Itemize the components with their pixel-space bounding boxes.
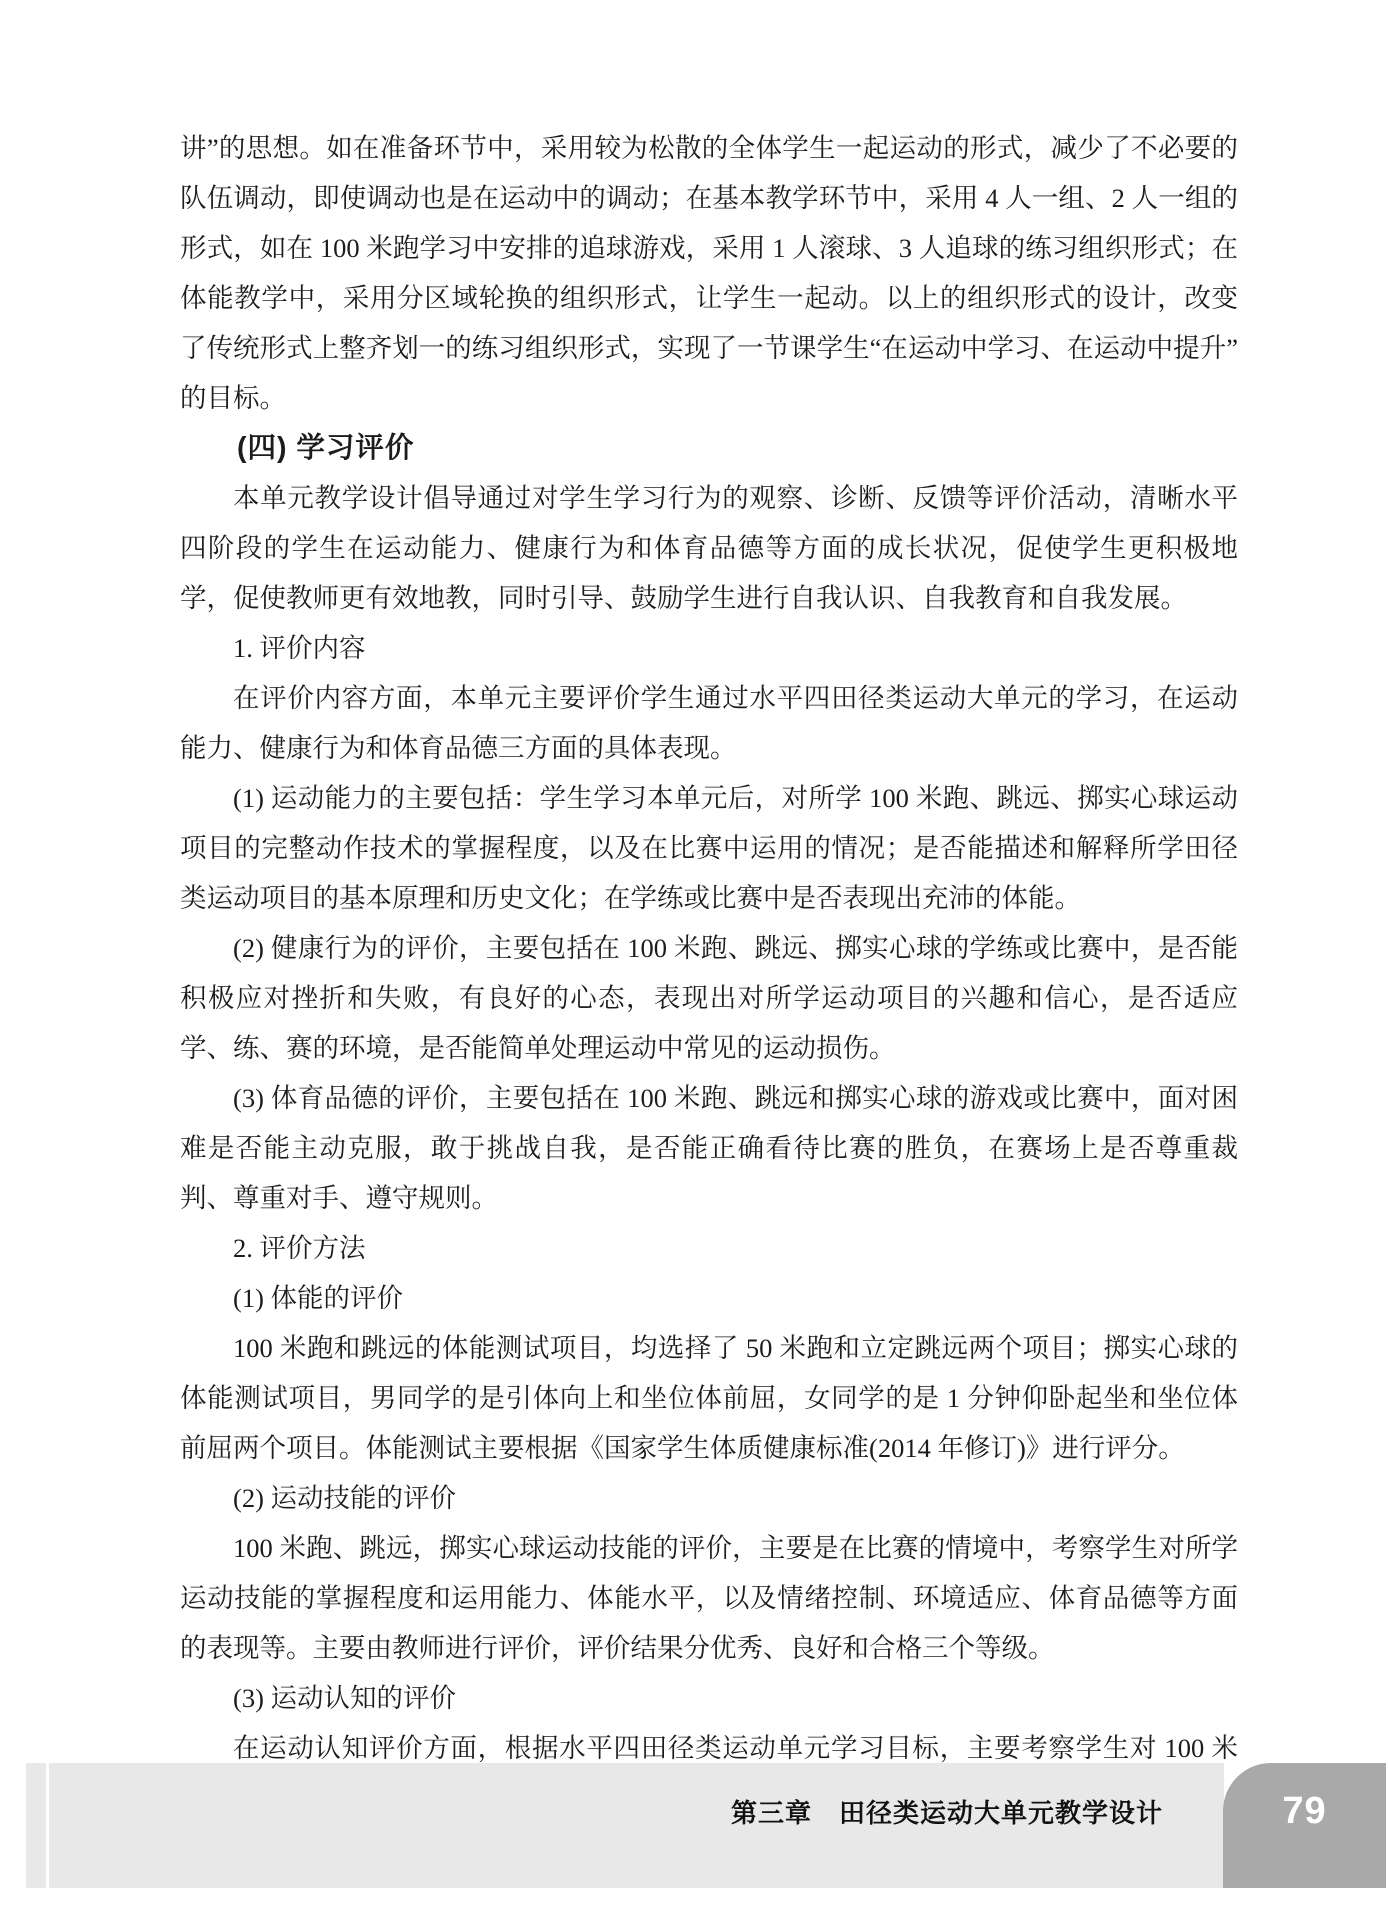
book-page: 讲”的思想。如在准备环节中，采用较为松散的全体学生一起运动的形式，减少了不必要的… [0,0,1388,1917]
paragraph: 100 米跑、跳远，掷实心球运动技能的评价，主要是在比赛的情境中，考察学生对所学… [180,1523,1238,1673]
page-number: 79 [1282,1790,1326,1833]
paragraph-continued: 讲”的思想。如在准备环节中，采用较为松散的全体学生一起运动的形式，减少了不必要的… [180,123,1238,423]
page-body-text: 讲”的思想。如在准备环节中，采用较为松散的全体学生一起运动的形式，减少了不必要的… [180,123,1238,1823]
subheading-skill-evaluation: (2) 运动技能的评价 [180,1473,1238,1523]
paragraph: (1) 运动能力的主要包括：学生学习本单元后，对所学 100 米跑、跳远、掷实心… [180,773,1238,923]
footer-chapter-title: 第三章 田径类运动大单元教学设计 [731,1793,1163,1830]
footer-edge-strip [26,1763,46,1888]
paragraph: 100 米跑和跳远的体能测试项目，均选择了 50 米跑和立定跳远两个项目；掷实心… [180,1323,1238,1473]
subheading-evaluation-method: 2. 评价方法 [180,1223,1238,1273]
footer-band: 第三章 田径类运动大单元教学设计 [49,1763,1224,1888]
subheading-fitness-evaluation: (1) 体能的评价 [180,1273,1238,1323]
page-number-tab: 79 [1223,1763,1386,1888]
paragraph: (3) 体育品德的评价，主要包括在 100 米跑、跳远和掷实心球的游戏或比赛中，… [180,1073,1238,1223]
paragraph: 本单元教学设计倡导通过对学生学习行为的观察、诊断、反馈等评价活动，清晰水平四阶段… [180,473,1238,623]
subheading-cognition-evaluation: (3) 运动认知的评价 [180,1673,1238,1723]
paragraph: (2) 健康行为的评价，主要包括在 100 米跑、跳远、掷实心球的学练或比赛中，… [180,923,1238,1073]
subheading-evaluation-content: 1. 评价内容 [180,623,1238,673]
paragraph: 在评价内容方面，本单元主要评价学生通过水平四田径类运动大单元的学习，在运动能力、… [180,673,1238,773]
section-heading-learning-evaluation: (四) 学习评价 [180,423,1238,473]
